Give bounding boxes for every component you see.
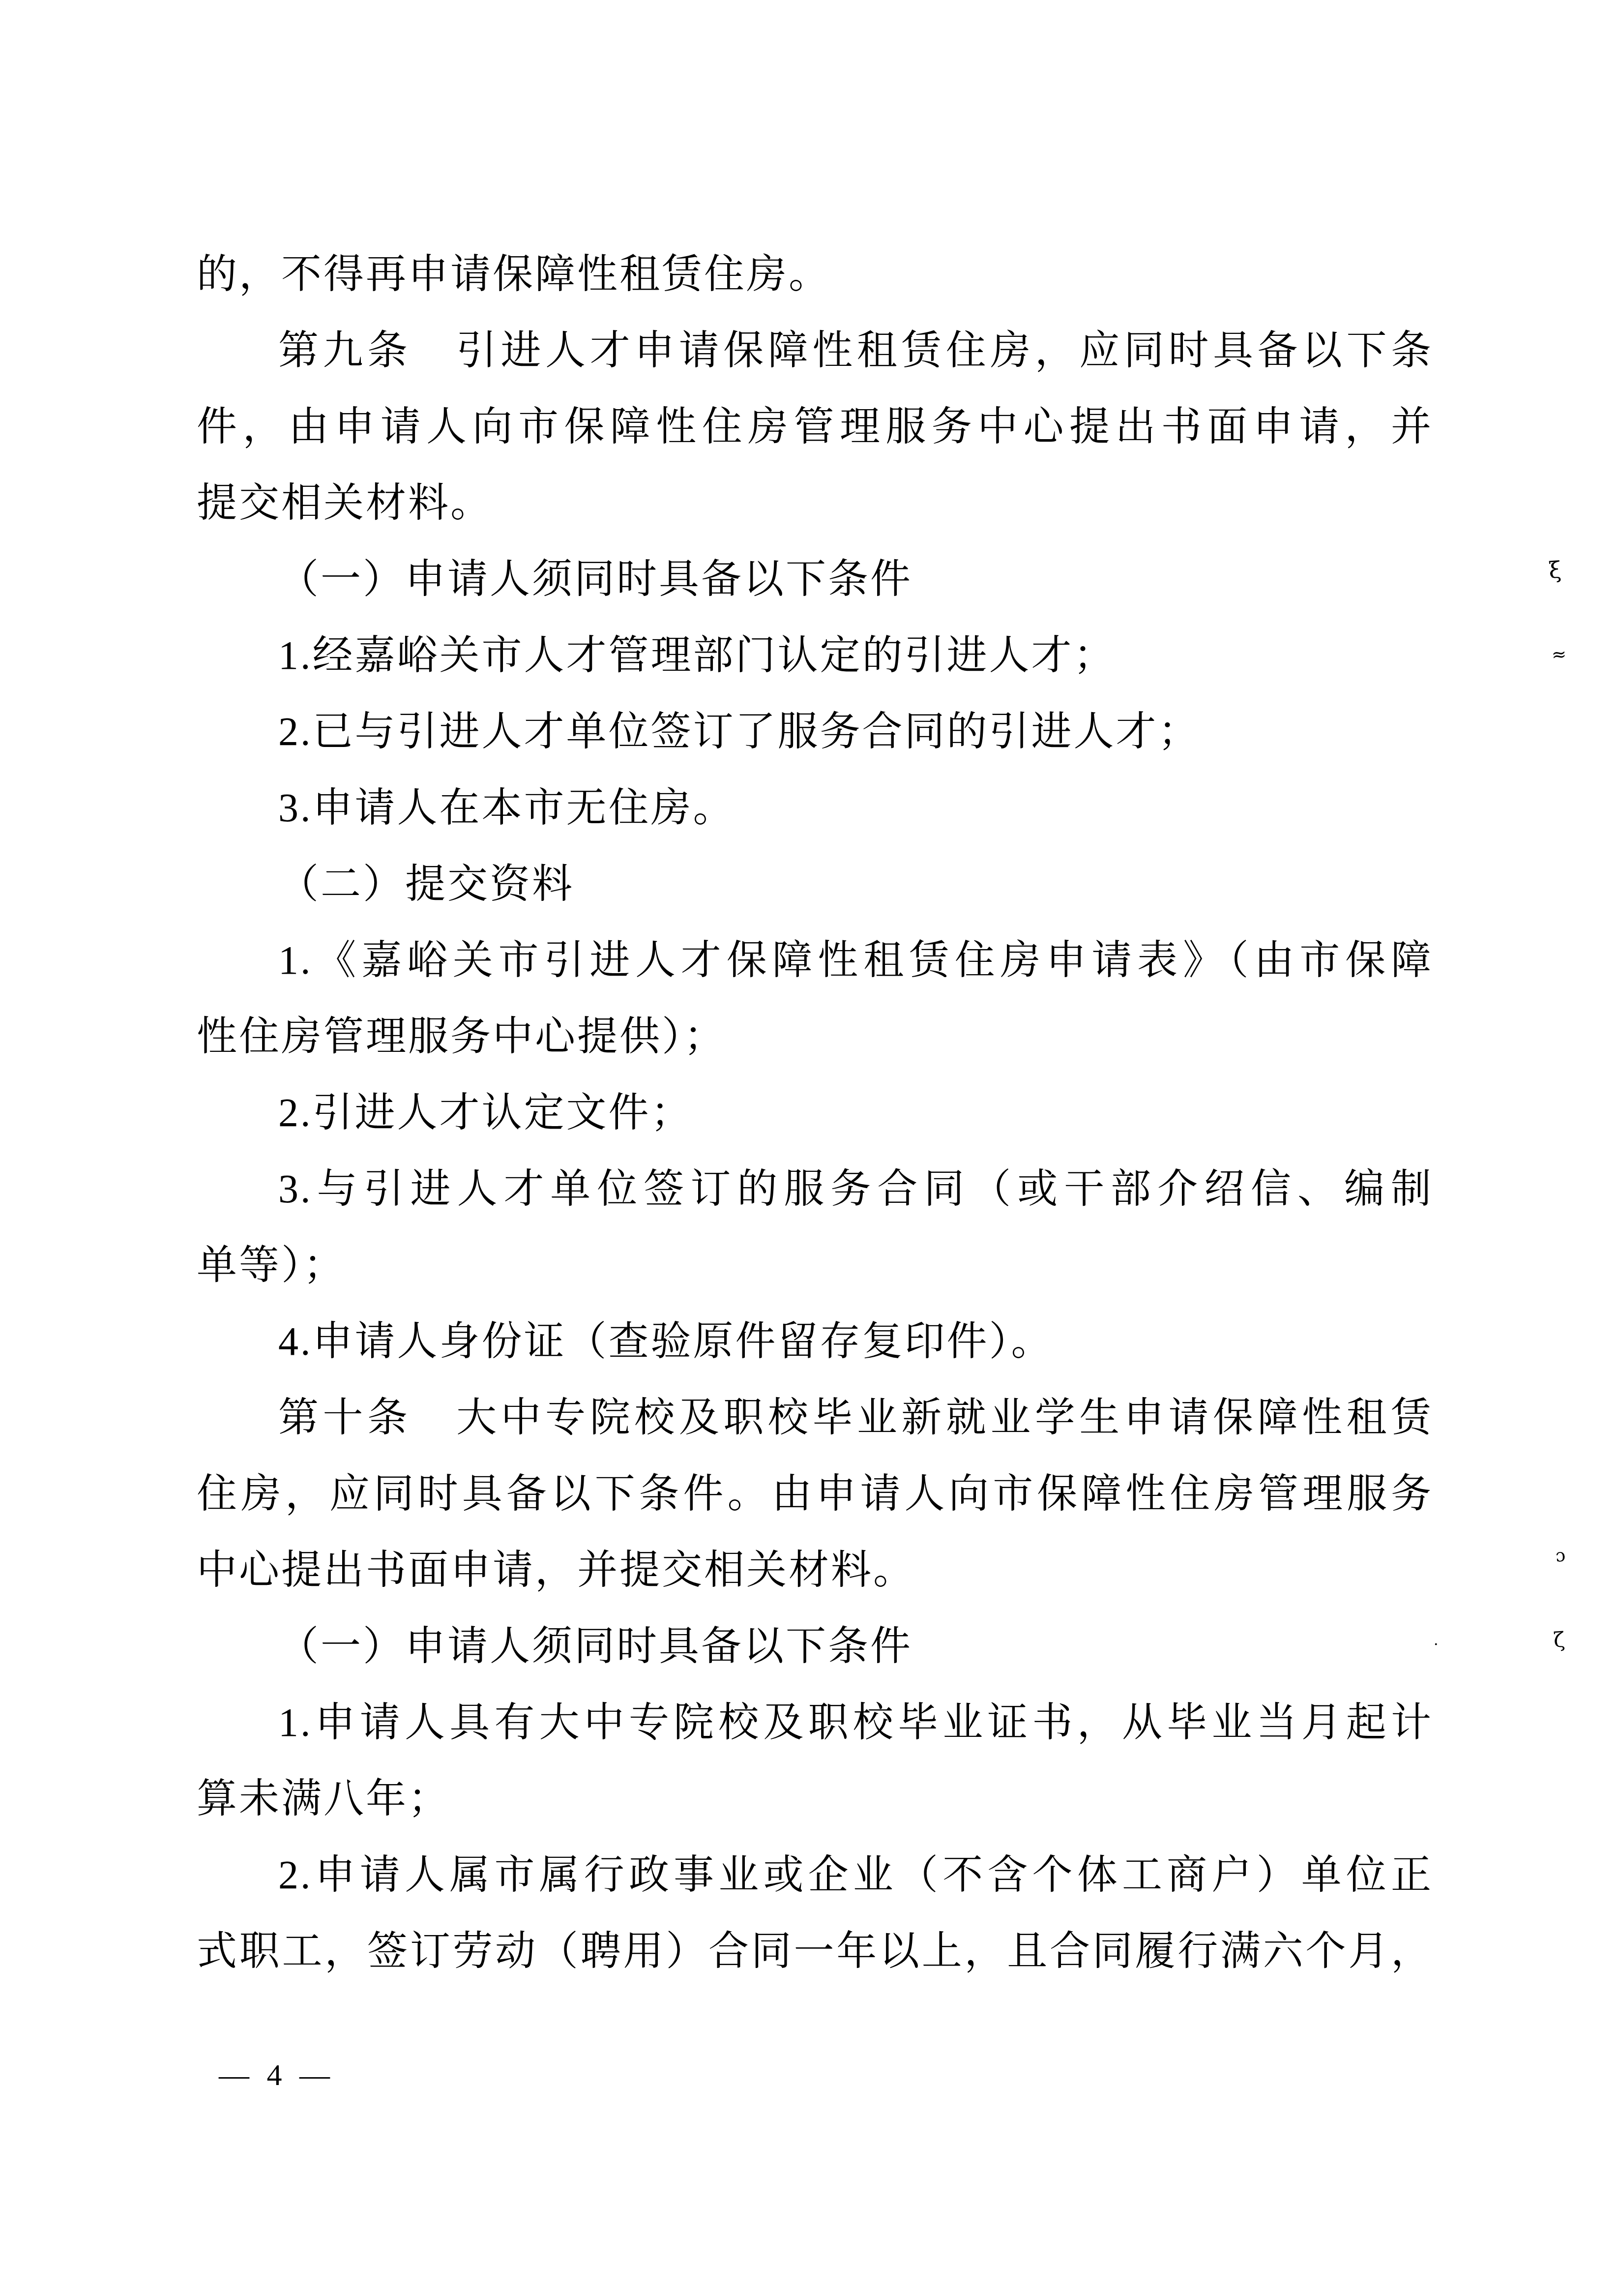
scan-artifact-mark: ζ xyxy=(1553,1629,1566,1650)
text-line: （二）提交资料 xyxy=(197,846,1433,922)
text-line: 中心提出书面申请，并提交相关材料。 xyxy=(197,1532,1433,1608)
text-line: 1.经嘉峪关市人才管理部门认定的引进人才； xyxy=(197,617,1433,693)
text-line: 件，由申请人向市保障性住房管理服务中心提出书面申请，并 xyxy=(197,388,1433,465)
text-line: 性住房管理服务中心提供）； xyxy=(197,998,1433,1074)
scan-artifact-mark: · xyxy=(1433,1638,1439,1653)
text-line: 2.已与引进人才单位签订了服务合同的引进人才； xyxy=(197,693,1433,770)
document-body-text: 的，不得再申请保障性租赁住房。第九条 引进人才申请保障性租赁住房，应同时具备以下… xyxy=(197,236,1433,1989)
text-line: 第九条 引进人才申请保障性租赁住房，应同时具备以下条 xyxy=(197,312,1433,388)
text-line: 单等）； xyxy=(197,1227,1433,1303)
text-line: 3.申请人在本市无住房。 xyxy=(197,770,1433,846)
text-line: 3.与引进人才单位签订的服务合同（或干部介绍信、编制 xyxy=(197,1151,1433,1227)
text-line: 提交相关材料。 xyxy=(197,465,1433,541)
text-line: 1.申请人具有大中专院校及职校毕业证书，从毕业当月起计 xyxy=(197,1684,1433,1760)
page-number: — 4 — xyxy=(219,2056,335,2095)
text-line: 式职工，签订劳动（聘用）合同一年以上，且合同履行满六个月， xyxy=(197,1913,1433,1989)
text-line: 1.《嘉峪关市引进人才保障性租赁住房申请表》（由市保障 xyxy=(197,922,1433,998)
text-line: 住房，应同时具备以下条件。由申请人向市保障性住房管理服务 xyxy=(197,1456,1433,1532)
text-line: 2.引进人才认定文件； xyxy=(197,1074,1433,1151)
scan-artifact-mark: ≈ xyxy=(1551,646,1567,664)
scan-artifact-mark: · xyxy=(1145,1719,1149,1731)
scan-artifact-mark: ɔ xyxy=(1555,1547,1566,1565)
text-line: （一）申请人须同时具备以下条件 xyxy=(197,541,1433,617)
text-line: 算未满八年； xyxy=(197,1760,1433,1837)
scan-artifact-mark: ξ xyxy=(1548,558,1561,582)
text-line: 2.申请人属市属行政事业或企业（不含个体工商户）单位正 xyxy=(197,1837,1433,1913)
text-line: 的，不得再申请保障性租赁住房。 xyxy=(197,236,1433,312)
text-line: （一）申请人须同时具备以下条件 xyxy=(197,1608,1433,1684)
text-line: 4.申请人身份证（查验原件留存复印件）。 xyxy=(197,1303,1433,1379)
text-line: 第十条 大中专院校及职校毕业新就业学生申请保障性租赁 xyxy=(197,1379,1433,1456)
document-page: 的，不得再申请保障性租赁住房。第九条 引进人才申请保障性租赁住房，应同时具备以下… xyxy=(0,0,1618,2296)
